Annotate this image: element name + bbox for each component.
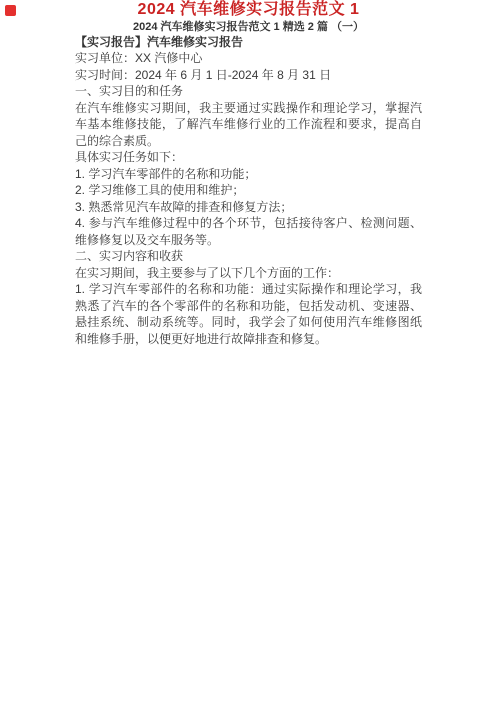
section-1-intro-paragraph: 在汽车维修实习期间，我主要通过实践操作和理论学习，掌握汽车基本维修技能，了解汽车… [75, 100, 422, 150]
report-tagline: 【实习报告】汽车维修实习报告 [75, 34, 422, 50]
section-2-intro-paragraph: 在实习期间，我主要参与了以下几个方面的工作： [75, 265, 422, 282]
red-corner-marker-icon [5, 5, 16, 16]
section-2-heading: 二、实习内容和收获 [75, 248, 422, 265]
page-title: 2024 汽车维修实习报告范文 1 [75, 0, 422, 20]
internship-time-line: 实习时间：2024 年 6 月 1 日-2024 年 8 月 31 日 [75, 67, 422, 84]
task-item-1: 1. 学习汽车零部件的名称和功能； [75, 166, 422, 183]
page-subtitle: 2024 汽车维修实习报告范文 1 精选 2 篇 （一） [75, 20, 422, 34]
internship-unit-line: 实习单位：XX 汽修中心 [75, 50, 422, 67]
section-2-item-1: 1. 学习汽车零部件的名称和功能：通过实际操作和理论学习，我熟悉了汽车的各个零部… [75, 281, 422, 347]
task-item-4: 4. 参与汽车维修过程中的各个环节，包括接待客户、检测问题、维修修复以及交车服务… [75, 215, 422, 248]
section-1-heading: 一、实习目的和任务 [75, 83, 422, 100]
task-item-3: 3. 熟悉常见汽车故障的排查和修复方法； [75, 199, 422, 216]
document-content: 2024 汽车维修实习报告范文 1 2024 汽车维修实习报告范文 1 精选 2… [0, 0, 500, 347]
document-page: 2024 汽车维修实习报告范文 1 2024 汽车维修实习报告范文 1 精选 2… [0, 0, 500, 707]
task-item-2: 2. 学习维修工具的使用和维护； [75, 182, 422, 199]
tasks-label: 具体实习任务如下： [75, 149, 422, 166]
